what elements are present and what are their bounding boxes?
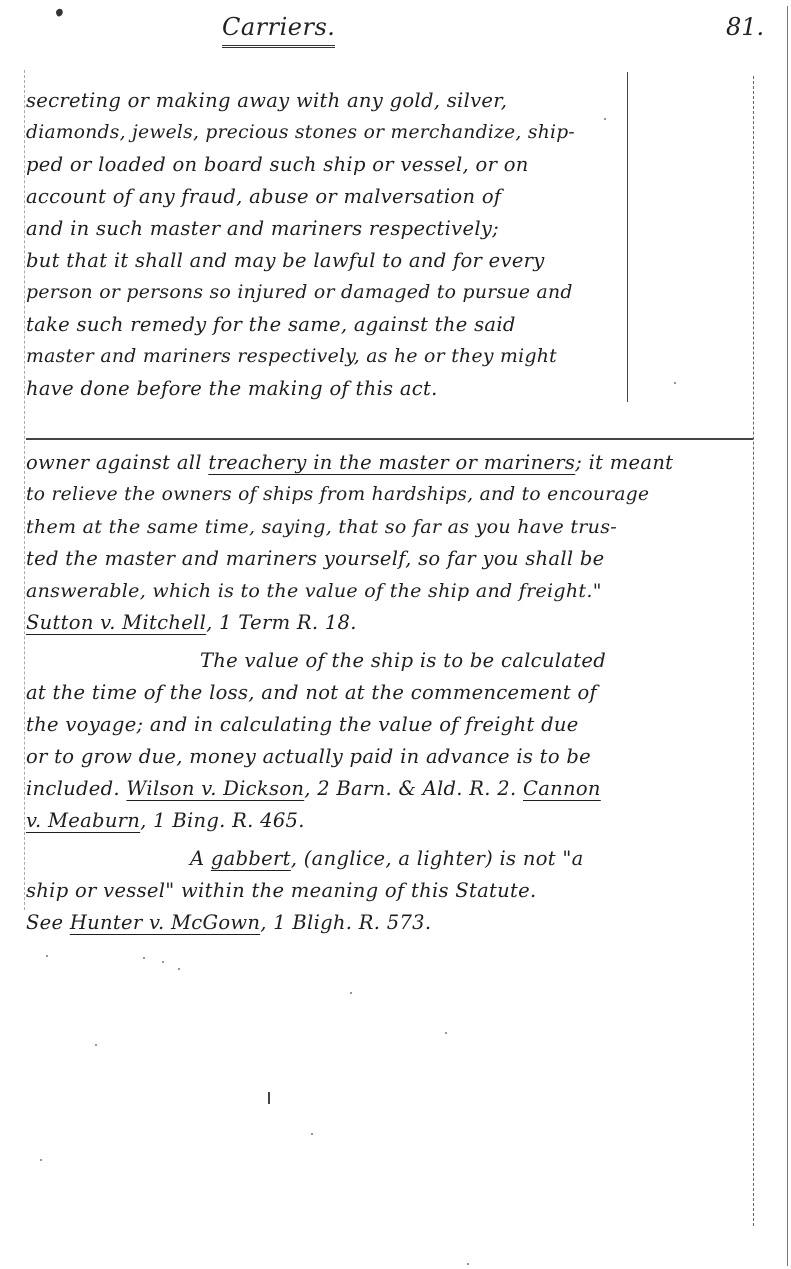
boxed-line: but that it shall and may be lawful to a… bbox=[26, 246, 545, 276]
commentary-line: at the time of the loss, and not at the … bbox=[26, 678, 597, 708]
text-fragment: included. bbox=[26, 777, 126, 800]
underlined-phrase: treachery in the master or mariners bbox=[208, 451, 575, 474]
boxed-line: person or persons so injured or damaged … bbox=[26, 278, 573, 308]
citation: , 1 Bing. R. 465. bbox=[140, 809, 305, 832]
paragraph-start-line: The value of the ship is to be calculate… bbox=[200, 646, 606, 676]
manuscript-page: Carriers. 81. secreting or making away w… bbox=[0, 0, 791, 1269]
commentary-line: them at the same time, saying, that so f… bbox=[26, 512, 617, 542]
case-name: Cannon bbox=[523, 777, 601, 800]
citation: , 1 Bligh. R. 573. bbox=[260, 911, 431, 934]
text-fragment: A bbox=[190, 847, 211, 870]
case-name: v. Meaburn bbox=[26, 809, 140, 832]
boxed-line: take such remedy for the same, against t… bbox=[26, 310, 516, 340]
boxed-line: ped or loaded on board such ship or vess… bbox=[26, 150, 529, 180]
boxed-line: and in such master and mariners respecti… bbox=[26, 214, 499, 244]
case-citation-line: See Hunter v. McGown, 1 Bligh. R. 573. bbox=[26, 908, 431, 938]
text-fragment: , (anglice, a lighter) is not "a bbox=[291, 847, 584, 870]
boxed-line: secreting or making away with any gold, … bbox=[26, 86, 507, 116]
citation: , 2 Barn. & Ald. R. 2. bbox=[304, 777, 523, 800]
text-fragment: ; it meant bbox=[575, 451, 673, 474]
citation: , 1 Term R. 18. bbox=[206, 611, 357, 634]
left-margin-rule bbox=[24, 70, 25, 910]
boxed-line: have done before the making of this act. bbox=[26, 374, 438, 404]
boxed-line: account of any fraud, abuse or malversat… bbox=[26, 182, 501, 212]
stray-pen-mark bbox=[268, 1092, 270, 1104]
commentary-line: owner against all treachery in the maste… bbox=[26, 448, 673, 478]
commentary-line: to relieve the owners of ships from hard… bbox=[26, 480, 649, 510]
commentary-line: ted the master and mariners yourself, so… bbox=[26, 544, 605, 574]
paragraph-start-line: A gabbert, (anglice, a lighter) is not "… bbox=[190, 844, 584, 874]
text-fragment: owner against all bbox=[26, 451, 208, 474]
commentary-line: ship or vessel" within the meaning of th… bbox=[26, 876, 536, 906]
commentary-line: answerable, which is to the value of the… bbox=[26, 576, 602, 606]
section-divider-rule bbox=[26, 438, 753, 440]
commentary-line: or to grow due, money actually paid in a… bbox=[26, 742, 591, 772]
case-name: Wilson v. Dickson bbox=[126, 777, 304, 800]
right-margin-rule bbox=[753, 76, 754, 1226]
boxed-line: diamonds, jewels, precious stones or mer… bbox=[26, 118, 575, 148]
ink-blot bbox=[55, 8, 64, 17]
commentary-line: the voyage; and in calculating the value… bbox=[26, 710, 579, 740]
case-name: Sutton v. Mitchell bbox=[26, 611, 206, 634]
page-edge-rule bbox=[787, 6, 788, 1266]
case-citation-line: Sutton v. Mitchell, 1 Term R. 18. bbox=[26, 608, 357, 638]
page-number: 81. bbox=[726, 12, 764, 42]
running-title: Carriers. bbox=[222, 12, 335, 48]
boxed-passage-right-rule bbox=[627, 72, 628, 402]
case-citation-line: included. Wilson v. Dickson, 2 Barn. & A… bbox=[26, 774, 601, 804]
underlined-term: gabbert bbox=[211, 847, 291, 870]
case-name: Hunter v. McGown bbox=[70, 911, 260, 934]
case-citation-line: v. Meaburn, 1 Bing. R. 465. bbox=[26, 806, 305, 836]
text-fragment: See bbox=[26, 911, 70, 934]
boxed-line: master and mariners respectively, as he … bbox=[26, 342, 557, 372]
